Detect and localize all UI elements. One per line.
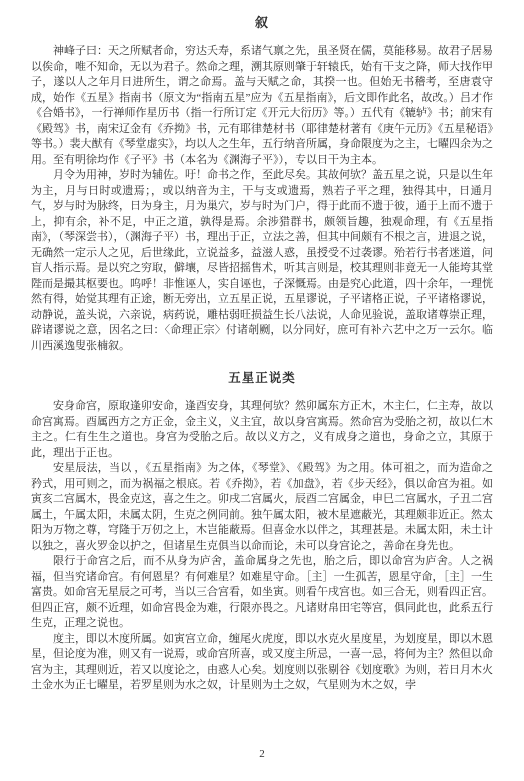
five-stars-paragraph-3: 限行于命宫之后，而不从身为庐舍，盖命属身之先也，胎之后，即以命宫为庐舍。人之祸福… <box>31 554 493 632</box>
five-stars-paragraph-1: 安身命宫，原取逢卯安命，逢酉安身，其理何欤？然卯属东方正木，木主仁，仁主寿，故以… <box>31 399 493 461</box>
preface-paragraph-1: 神峰子曰：天之所赋者命，穷达夭寿，系诸气禀之先，虽圣贤在儒，莫能移易。故君子居易… <box>31 44 493 168</box>
five-stars-paragraph-2: 安星辰法，当以 ，《五星指南》为之体，《琴堂》、《殿驾》为之用。体可祖之，而为造… <box>31 461 493 554</box>
preface-title: 叙 <box>31 12 493 31</box>
preface-paragraph-2: 月令为用神，岁时为辅佐。吁！命书之作，至此尽矣。其故何欤？盖五星之说，只是以生年… <box>31 168 493 354</box>
five-stars-paragraph-4: 度主，即以木度所属。如寅宫立命，缠尾火虎度，即以水克火星度星，为划度星，即以木恩… <box>31 632 493 694</box>
page-number: 2 <box>0 748 524 760</box>
section-title-five-stars: 五星正说类 <box>31 368 493 386</box>
document-page: 叙 神峰子曰：天之所赋者命，穷达夭寿，系诸气禀之先，虽圣贤在儒，莫能移易。故君子… <box>0 0 524 781</box>
